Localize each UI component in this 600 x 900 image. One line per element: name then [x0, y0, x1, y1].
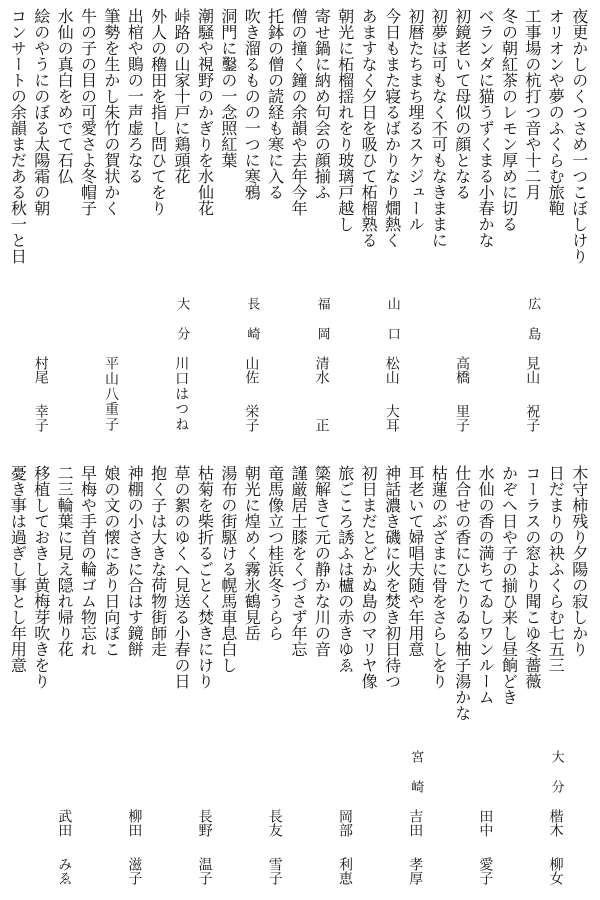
- haiku-line: 夜更かしのくつさめ一つこぼしけり: [567, 8, 590, 270]
- author-credit: 田中 愛子: [475, 750, 495, 890]
- haiku-line: 移植しておきし黄梅芽吹きをり: [29, 465, 52, 727]
- author-surname: 松山: [382, 356, 402, 384]
- author-prefecture: 大分: [546, 750, 566, 810]
- haiku-line: 神話濃き磯に火を焚き初日待つ: [380, 465, 403, 727]
- author-prefecture: 大分: [171, 297, 191, 357]
- author-given-name: 利恵: [335, 857, 355, 885]
- haiku-line: 筆勢を生かし朱竹の賀状かく: [99, 8, 122, 270]
- author-surname: 見山: [522, 356, 542, 384]
- haiku-line: 洞門に鑿の一念照紅葉: [216, 8, 239, 270]
- author-credit: 福岡 清水 正: [312, 297, 332, 437]
- author-credit: 長崎 山佐 栄子: [241, 297, 261, 437]
- haiku-line: 托鉢の僧の読経も寒に入る: [263, 8, 286, 270]
- haiku-line: コーラスの窓より聞こゆ冬薔薇: [521, 465, 544, 727]
- author-given-name: 大耳: [382, 404, 402, 432]
- haiku-line: 冬の朝紅茶のレモン厚めに切る: [497, 8, 520, 270]
- author-surname: 柳田: [124, 809, 144, 837]
- haiku-line: 枯蓮のぶざまに骨をさらしをり: [427, 465, 450, 727]
- author-credit: 大分 川口はつね: [171, 297, 191, 437]
- author-given-name: 滋子: [124, 857, 144, 885]
- author-surname: 高橋: [452, 356, 472, 384]
- haiku-line: 二三輪葉に見え隠れ帰り花: [53, 465, 76, 727]
- author-given-name: 里子: [452, 404, 472, 432]
- author-surname: 清水: [312, 356, 332, 384]
- author-credit: 大分 楷木 柳女: [546, 750, 566, 890]
- haiku-line: 外人の穭田を指し問ひてをり: [146, 8, 169, 270]
- haiku-line: 吹き溜るものの一つに寒鴉: [240, 8, 263, 270]
- haiku-line: 初日まだとどかぬ島のマリヤ像: [357, 465, 380, 727]
- author-surname: 村尾: [31, 356, 51, 384]
- haiku-line: 工事場の杭打つ音や十二月: [521, 8, 544, 270]
- haiku-line: 日だまりの袂ふくらむ七五三: [544, 465, 567, 727]
- author-credit: 村尾 幸子: [31, 297, 51, 437]
- author-surname: 武田: [54, 809, 74, 837]
- author-surname: 長野: [195, 809, 215, 837]
- author-surname: 山佐: [241, 356, 261, 384]
- author-credit: 岡部 利恵: [335, 750, 355, 890]
- haiku-line: 耳老いて婦唱夫随や年用意: [404, 465, 427, 727]
- author-given-name: 幸子: [31, 404, 51, 432]
- haiku-line: 牛の子の目の可愛さよ冬帽子: [76, 8, 99, 270]
- haiku-line: 竜馬像立つ桂浜冬うらら: [263, 465, 286, 727]
- haiku-line: 仕合せの香にひたりゐる柚子湯かな: [450, 465, 473, 727]
- author-given-name: 柳女: [546, 857, 566, 885]
- haiku-section-bottom: 木守柿残り夕陽の寂しかり 日だまりの袂ふくらむ七五三 コーラスの窓より聞こゆ冬薔…: [6, 465, 591, 727]
- haiku-line: 僧の撞く鐘の余韻や去年今年: [287, 8, 310, 270]
- haiku-line: かぞへ日や子の揃ひ来し昼餉どき: [497, 465, 520, 727]
- haiku-line: 水仙の香の満ちてゐしワンルーム: [474, 465, 497, 727]
- haiku-line: 枯菊を柴折るごとく焚きにけり: [193, 465, 216, 727]
- author-prefecture: 山口: [382, 297, 402, 357]
- haiku-line: ベランダに猫うずくまる小春かな: [474, 8, 497, 270]
- author-prefecture: 長崎: [241, 297, 261, 357]
- author-credit: 山口 松山 大耳: [382, 297, 402, 437]
- author-surname: 吉田: [405, 809, 425, 837]
- haiku-line: コンサートの余韻まだある秋一と日: [6, 8, 29, 270]
- haiku-line: あますなく夕日を吸ひて柘榴熟る: [357, 8, 380, 270]
- haiku-line: オリオンや夢のふくらむ旅鞄: [544, 8, 567, 270]
- haiku-line: 出棺や鵙の一声虚ろなる: [123, 8, 146, 270]
- author-credit: 高橋 里子: [452, 297, 472, 437]
- haiku-section-top: 夜更かしのくつさめ一つこぼしけり オリオンや夢のふくらむ旅鞄 工事場の杭打つ音や…: [6, 8, 591, 270]
- author-given-name: 正: [312, 404, 332, 432]
- author-full-name: 平山八重子: [101, 356, 121, 433]
- haiku-line: 峠路の山家十戸に鶏頭花: [170, 8, 193, 270]
- author-prefecture: 広島: [522, 297, 542, 357]
- author-credit: 平山八重子: [101, 297, 121, 437]
- author-credit: 武田 みゑ: [54, 750, 74, 890]
- haiku-line: 草の絮のゆくへ見送る小春の日: [170, 465, 193, 727]
- haiku-line: 朝光に柘榴揺れをり玻璃戸越し: [333, 8, 356, 270]
- author-given-name: 栄子: [241, 404, 261, 432]
- author-credit: 宮崎 吉田 孝厚: [405, 750, 425, 890]
- author-surname: 田中: [475, 809, 495, 837]
- haiku-line: 初暦たちまち埋るスケジュール: [404, 8, 427, 270]
- author-given-name: 愛子: [475, 857, 495, 885]
- haiku-line: 旅ごころ誘ふは櫨の赤きゆゑ: [333, 465, 356, 727]
- haiku-line: 憂き事は過ぎし事とし年用意: [6, 465, 29, 727]
- author-credit: 長友 雪子: [265, 750, 285, 890]
- author-given-name: 孝厚: [405, 857, 425, 885]
- author-given-name: 温子: [195, 857, 215, 885]
- haiku-line: 木守柿残り夕陽の寂しかり: [567, 465, 590, 727]
- haiku-line: 水仙の真白をめでて石仏: [53, 8, 76, 270]
- haiku-line: 今日もまた寝るばかりなり燗熱く: [380, 8, 403, 270]
- haiku-line: 潮騒や視野のかぎりを水仙花: [193, 8, 216, 270]
- haiku-line: 抱く子は大きな荷物街師走: [146, 465, 169, 727]
- author-credit: 長野 温子: [195, 750, 215, 890]
- haiku-line: 寄せ鍋に納め句会の顔揃ふ: [310, 8, 333, 270]
- haiku-line: 初夢は可もなく不可もなきままに: [427, 8, 450, 270]
- author-full-name: 川口はつね: [171, 356, 191, 433]
- author-prefecture: 福岡: [312, 297, 332, 357]
- haiku-line: 謹厳居士膝をくづさず年忘: [287, 465, 310, 727]
- haiku-line: 神棚の小さきに合はす鏡餅: [123, 465, 146, 727]
- haiku-line: 早梅や手首の輪ゴム物忘れ: [76, 465, 99, 727]
- author-credit: 広島 見山 祝子: [522, 297, 542, 437]
- haiku-line: 初鏡老いて母似の顔となる: [450, 8, 473, 270]
- haiku-line: 湯布の街駆ける幌馬車息白し: [216, 465, 239, 727]
- author-surname: 楷木: [546, 809, 566, 837]
- author-credit: 柳田 滋子: [124, 750, 144, 890]
- haiku-line: 絵のやうにのぼる太陽霜の朝: [29, 8, 52, 270]
- haiku-line: 簗解きて元の静かな川の音: [310, 465, 333, 727]
- author-given-name: みゑ: [54, 857, 74, 885]
- author-surname: 岡部: [335, 809, 355, 837]
- haiku-line: 娘の文の懐にあり日向ぼこ: [99, 465, 122, 727]
- author-given-name: 祝子: [522, 404, 542, 432]
- author-surname: 長友: [265, 809, 285, 837]
- haiku-page: 夜更かしのくつさめ一つこぼしけり オリオンや夢のふくらむ旅鞄 工事場の杭打つ音や…: [0, 0, 600, 900]
- author-given-name: 雪子: [265, 857, 285, 885]
- author-prefecture: 宮崎: [405, 750, 425, 810]
- haiku-line: 朝光に煌めく霧氷鶴見岳: [240, 465, 263, 727]
